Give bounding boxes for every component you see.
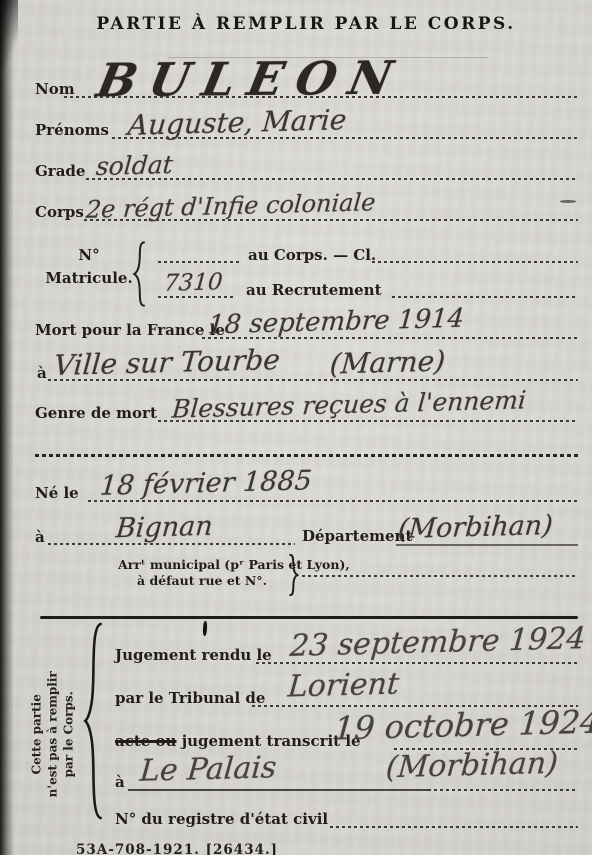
sidebar-note-line3: par le Corps.: [61, 639, 77, 829]
matricule-corps-label: au Corps. — Cl.: [248, 246, 376, 264]
scan-edge-shadow-left: [0, 0, 14, 855]
tribunal-label: par le Tribunal de: [115, 689, 265, 707]
section-divider-solid: [40, 616, 578, 619]
registre-line: [330, 826, 578, 828]
ink-mark: [203, 621, 208, 636]
transcrit-lieu-departement: (Morbihan): [385, 746, 560, 786]
grade-value: soldat: [95, 150, 174, 181]
arr-municipal-label-line2: à défaut rue et N°.: [118, 573, 286, 588]
mort-lieu-departement: (Marne): [329, 344, 447, 380]
arr-municipal-line: [302, 575, 578, 577]
matricule-label-line1: N°: [45, 246, 133, 264]
registre-label: N° du registre d'état civil: [115, 810, 328, 828]
ne-lieu-label: à: [35, 528, 45, 546]
transcrit-lieu-value: Le Palais: [139, 750, 278, 789]
prenoms-label: Prénoms: [35, 121, 109, 139]
tribunal-value: Lorient: [287, 667, 401, 705]
form-title: PARTIE À REMPLIR PAR LE CORPS.: [30, 14, 582, 34]
grade-label: Grade: [35, 162, 85, 180]
jugement-brace-icon: [82, 622, 104, 820]
departement-label: Département: [302, 527, 412, 545]
transcrit-lieu-line-dotted: [428, 789, 578, 791]
matricule-corps-blank: [158, 261, 240, 263]
genre-mort-value: Blessures reçues à l'ennemi: [171, 385, 527, 423]
ne-le-line: [88, 500, 578, 502]
transcrit-lieu-line-solid: [128, 789, 428, 791]
nom-value: BULEON: [93, 51, 411, 108]
corps-label: Corps: [35, 203, 84, 221]
departement-value: (Morbihan): [397, 510, 554, 545]
matricule-corps-line: [372, 261, 578, 263]
prenoms-value: Auguste, Marie: [127, 103, 348, 142]
sidebar-note: Cette partie n'est pas à remplir par le …: [29, 639, 78, 829]
sidebar-note-line1: Cette partie: [29, 639, 45, 829]
ne-le-label: Né le: [35, 484, 79, 502]
ne-le-value: 18 février 1885: [99, 465, 313, 502]
transcrit-label: acte ou jugement transcrit le: [115, 732, 361, 750]
footer-reference: 53A-708-1921. [26434.]: [76, 842, 278, 855]
matricule-recrutement-label: au Recrutement: [246, 281, 382, 299]
arr-municipal-label-line1: Arrᵗ municipal (pʳ Paris et Lyon),: [118, 557, 350, 572]
genre-mort-label: Genre de mort: [35, 404, 157, 422]
mort-lieu-label: à: [37, 364, 47, 382]
scanned-form-page: PARTIE À REMPLIR PAR LE CORPS. Nom BULEO…: [0, 0, 592, 855]
jugement-rendu-value: 23 septembre 1924: [289, 621, 587, 664]
mort-value: 18 septembre 1914: [207, 304, 465, 341]
jugement-rendu-label: Jugement rendu le: [115, 646, 272, 664]
matricule-label-line2: Matricule.: [45, 269, 133, 287]
sidebar-note-line2: n'est pas à remplir: [45, 639, 61, 829]
matricule-recrutement-value: 7310: [163, 269, 224, 297]
matricule-brace-icon: [132, 241, 147, 307]
transcrit-value: 19 octobre 1924: [333, 702, 592, 747]
ink-speck: [560, 200, 576, 203]
section-divider-dotted: [35, 454, 578, 457]
ne-lieu-value: Bignan: [115, 511, 214, 545]
mort-label: Mort pour la France le: [35, 321, 225, 339]
transcrit-lieu-label: à: [115, 773, 125, 791]
scan-edge-shadow-top-left: [0, 0, 18, 70]
matricule-recrutement-line: [392, 296, 578, 298]
ne-lieu-line: [48, 543, 295, 545]
arr-municipal-brace-icon: [288, 554, 299, 596]
mort-lieu-value: Ville sur Tourbe: [53, 343, 282, 382]
transcrit-label-struck: acte ou: [115, 732, 176, 750]
